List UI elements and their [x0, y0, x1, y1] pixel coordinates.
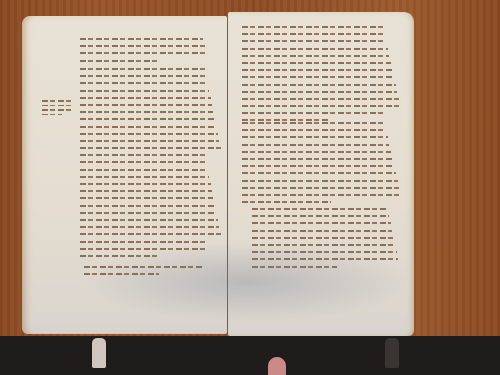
floor	[0, 336, 500, 375]
handwritten-line	[252, 215, 389, 217]
handwritten-line	[242, 172, 396, 174]
handwritten-line	[80, 38, 203, 40]
handwritten-line	[42, 114, 62, 116]
handwritten-line	[242, 194, 401, 196]
right-first-paragraph	[242, 26, 402, 127]
handwritten-line	[242, 165, 394, 167]
handwritten-line	[242, 33, 384, 35]
left-top-paragraph	[80, 38, 220, 67]
handwritten-line	[80, 104, 212, 106]
handwritten-line	[80, 82, 208, 84]
handwritten-line	[80, 68, 205, 70]
handwritten-line	[42, 100, 74, 102]
shoe-right	[385, 338, 399, 368]
handwritten-line	[80, 90, 209, 92]
handwritten-line	[242, 201, 331, 203]
handwritten-line	[242, 26, 383, 28]
handwritten-line	[80, 118, 215, 120]
handwritten-line	[80, 147, 221, 149]
handwritten-line	[242, 187, 399, 189]
handwritten-line	[242, 112, 383, 114]
handwritten-line	[242, 122, 385, 124]
handwritten-line	[80, 140, 219, 142]
handwritten-line	[242, 55, 389, 57]
shoe-left	[92, 338, 106, 368]
handwritten-line	[252, 208, 388, 210]
handwritten-line	[80, 169, 208, 171]
handwritten-line	[242, 151, 391, 153]
left-main-paragraph	[80, 68, 222, 262]
handwritten-line	[80, 161, 206, 163]
handwritten-line	[80, 219, 218, 221]
handwritten-line	[242, 180, 398, 182]
handwritten-line	[80, 197, 213, 199]
handwritten-line	[80, 111, 213, 113]
handwritten-line	[42, 105, 74, 107]
handwritten-line	[242, 76, 394, 78]
handwritten-line	[80, 226, 219, 228]
handwritten-line	[242, 91, 397, 93]
handwritten-line	[242, 62, 391, 64]
handwritten-line	[242, 48, 388, 50]
handwritten-line	[242, 98, 399, 100]
handwritten-line	[80, 176, 209, 178]
handwritten-line	[242, 84, 396, 86]
handwritten-line	[242, 105, 400, 107]
handwritten-line	[242, 69, 392, 71]
handwritten-line	[80, 205, 215, 207]
handwritten-line	[80, 97, 211, 99]
hand-shadow	[82, 242, 412, 322]
handwritten-line	[80, 52, 206, 54]
handwritten-line	[80, 45, 205, 47]
handwritten-line	[242, 144, 389, 146]
open-manuscript	[22, 12, 414, 336]
handwritten-line	[80, 75, 206, 77]
handwritten-line	[80, 126, 216, 128]
handwritten-line	[80, 233, 221, 235]
finger	[268, 357, 286, 375]
handwritten-line	[80, 212, 216, 214]
handwritten-line	[242, 136, 388, 138]
handwritten-line	[252, 237, 394, 239]
handwritten-line	[80, 154, 205, 156]
handwritten-line	[242, 129, 386, 131]
handwritten-line	[80, 183, 211, 185]
handwritten-line	[80, 190, 212, 192]
handwritten-line	[252, 222, 391, 224]
left-margin-note	[42, 100, 78, 118]
handwritten-line	[80, 60, 157, 62]
handwritten-line	[42, 109, 74, 111]
handwritten-line	[242, 40, 386, 42]
right-second-paragraph	[242, 122, 404, 208]
handwritten-line	[242, 158, 393, 160]
handwritten-line	[80, 133, 218, 135]
handwritten-line	[252, 230, 392, 232]
